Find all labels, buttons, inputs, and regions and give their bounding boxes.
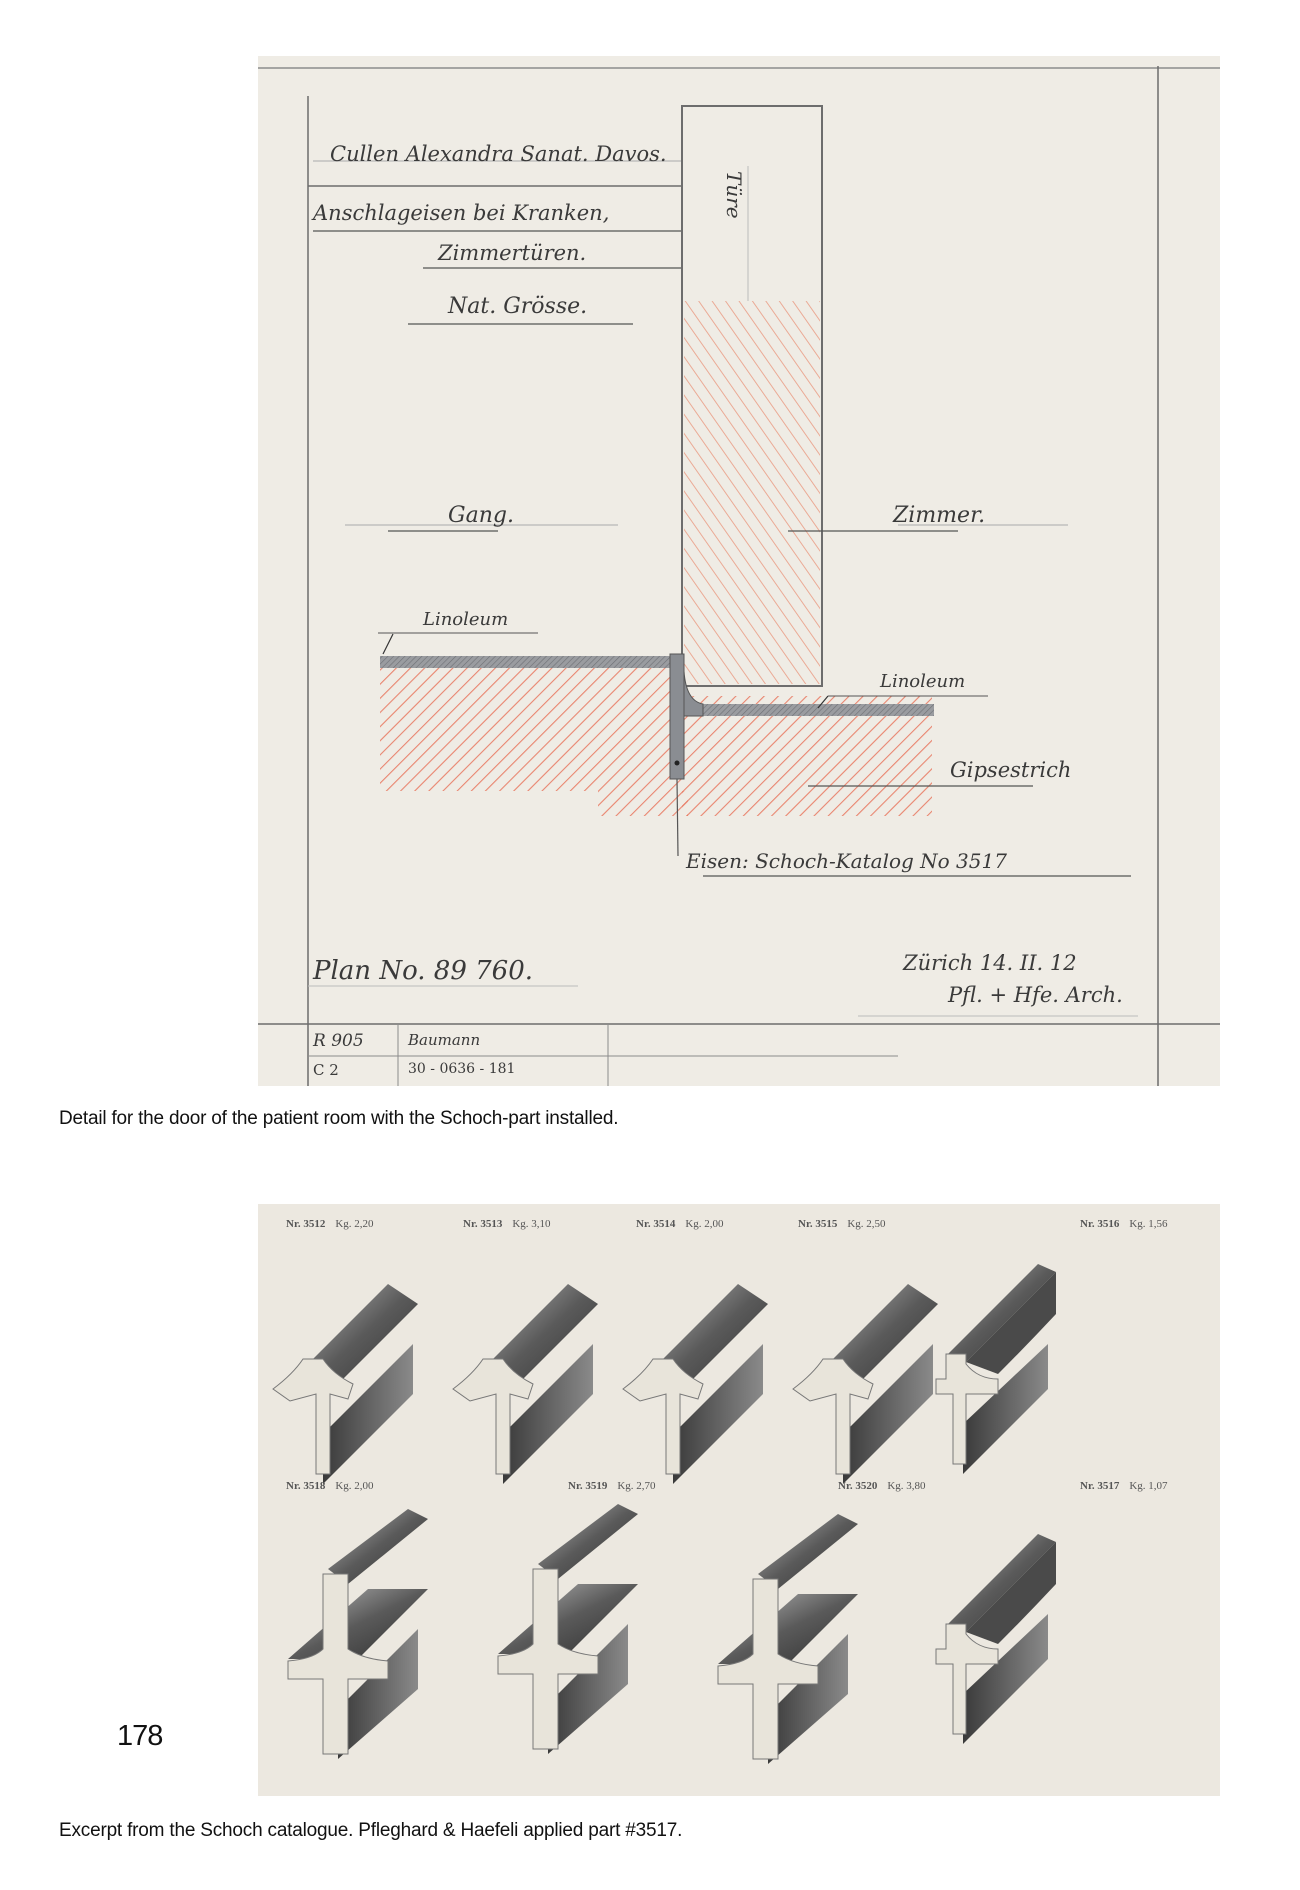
catalogue-item-3520: Nr. 3520Kg. 3,80 bbox=[838, 1480, 926, 1492]
linoleum-label-left: Linoleum bbox=[423, 609, 508, 630]
catalogue-item-3517: Nr. 3517Kg. 1,07 bbox=[1080, 1480, 1168, 1492]
catalogue-item-3513: Nr. 3513Kg. 3,10 bbox=[463, 1218, 551, 1230]
catalogue-item-3518: Nr. 3518Kg. 2,00 bbox=[286, 1480, 374, 1492]
linoleum-label-right: Linoleum bbox=[880, 671, 965, 692]
item-weight: Kg. 2,50 bbox=[847, 1218, 885, 1230]
title-block-name: Baumann bbox=[408, 1031, 480, 1049]
figure-1-caption: Detail for the door of the patient room … bbox=[59, 1108, 618, 1130]
item-number: Nr. 3513 bbox=[463, 1218, 502, 1230]
drawing-title-line-1: Cullen Alexandra Sanat. Davos. bbox=[330, 142, 667, 166]
plan-number: Plan No. 89 760. bbox=[313, 956, 533, 986]
schoch-catalogue-excerpt: Nr. 3512Kg. 2,20 Nr. 3513Kg. 3,10 Nr. 35… bbox=[258, 1204, 1220, 1796]
item-number: Nr. 3516 bbox=[1080, 1218, 1119, 1230]
title-block-code-2: C 2 bbox=[313, 1061, 339, 1079]
item-weight: Kg. 2,70 bbox=[617, 1480, 655, 1492]
item-weight: Kg. 3,10 bbox=[512, 1218, 550, 1230]
item-number: Nr. 3518 bbox=[286, 1480, 325, 1492]
title-block-ref: 30 - 0636 - 181 bbox=[408, 1061, 515, 1077]
item-number: Nr. 3520 bbox=[838, 1480, 877, 1492]
item-weight: Kg. 1,56 bbox=[1129, 1218, 1167, 1230]
catalogue-profiles-illustration bbox=[258, 1204, 1220, 1796]
catalogue-item-3516: Nr. 3516Kg. 1,56 bbox=[1080, 1218, 1168, 1230]
place-date: Zürich 14. II. 12 bbox=[903, 951, 1077, 975]
item-number: Nr. 3517 bbox=[1080, 1480, 1119, 1492]
item-weight: Kg. 2,20 bbox=[335, 1218, 373, 1230]
room-label: Zimmer. bbox=[893, 503, 985, 528]
drawing-title-line-3: Zimmertüren. bbox=[438, 241, 586, 265]
catalogue-item-3512: Nr. 3512Kg. 2,20 bbox=[286, 1218, 374, 1230]
item-number: Nr. 3515 bbox=[798, 1218, 837, 1230]
screed-label: Gipsestrich bbox=[950, 758, 1071, 782]
catalogue-item-3519: Nr. 3519Kg. 2,70 bbox=[568, 1480, 656, 1492]
item-weight: Kg. 2,00 bbox=[335, 1480, 373, 1492]
catalogue-item-3515: Nr. 3515Kg. 2,50 bbox=[798, 1218, 886, 1230]
item-weight: Kg. 2,00 bbox=[685, 1218, 723, 1230]
schoch-part-note: Eisen: Schoch-Katalog No 3517 bbox=[686, 849, 1007, 873]
catalogue-item-3514: Nr. 3514Kg. 2,00 bbox=[636, 1218, 724, 1230]
figure-2-caption: Excerpt from the Schoch catalogue. Pfleg… bbox=[59, 1820, 682, 1842]
door-label: Türe bbox=[722, 171, 746, 219]
item-weight: Kg. 1,07 bbox=[1129, 1480, 1167, 1492]
title-block-code-1: R 905 bbox=[313, 1031, 364, 1051]
door-detail-drawing: Cullen Alexandra Sanat. Davos. Anschlage… bbox=[258, 56, 1220, 1086]
item-number: Nr. 3514 bbox=[636, 1218, 675, 1230]
item-number: Nr. 3519 bbox=[568, 1480, 607, 1492]
page-number: 178 bbox=[117, 1720, 162, 1753]
drawing-scale-note: Nat. Grösse. bbox=[448, 294, 587, 319]
item-weight: Kg. 3,80 bbox=[887, 1480, 925, 1492]
item-number: Nr. 3512 bbox=[286, 1218, 325, 1230]
drawing-title-line-2: Anschlageisen bei Kranken, bbox=[313, 201, 609, 225]
corridor-label: Gang. bbox=[448, 503, 514, 528]
architects-signature: Pfl. + Hfe. Arch. bbox=[948, 983, 1123, 1007]
